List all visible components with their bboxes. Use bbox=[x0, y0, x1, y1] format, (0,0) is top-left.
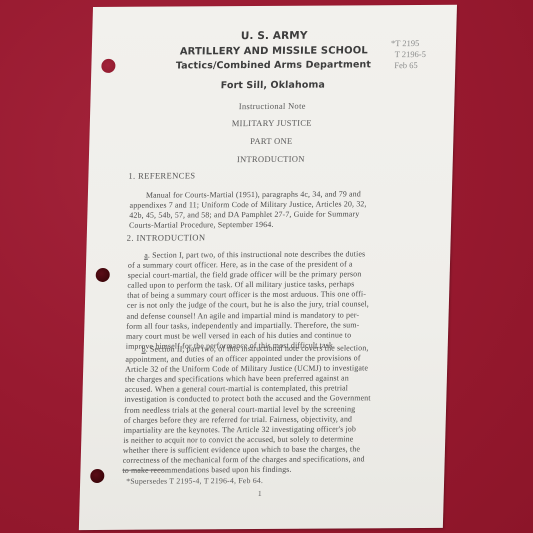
text-line: Courts-Martial Procedure, September 1964… bbox=[129, 219, 433, 231]
code-line: T 2196-5 bbox=[391, 49, 427, 60]
punch-hole bbox=[90, 469, 104, 483]
document-codes: *T 2195 T 2196-5 Feb 65 bbox=[390, 38, 426, 71]
section-introduction-heading: 2. INTRODUCTION bbox=[127, 232, 206, 242]
paragraph-a: a. Section I, part two, of this instruct… bbox=[126, 249, 433, 352]
document-title: MILITARY JUSTICE bbox=[90, 117, 454, 129]
page-number: 1 bbox=[258, 489, 262, 498]
document-type: Instructional Note bbox=[90, 100, 454, 112]
header-location: Fort Sill, Oklahoma bbox=[91, 79, 455, 92]
references-paragraph: Manual for Courts-Martial (1951), paragr… bbox=[129, 189, 434, 231]
paragraph-b: b. Section II, part two, of this instruc… bbox=[122, 343, 430, 476]
code-line: *T 2195 bbox=[391, 38, 427, 49]
footnote: *Supersedes T 2195-4, T 2196-4, Feb 64. bbox=[126, 476, 263, 486]
punch-hole bbox=[96, 268, 110, 282]
text-line: to make recommendations based upon his f… bbox=[122, 464, 426, 476]
code-line: Feb 65 bbox=[390, 60, 426, 71]
section-heading: INTRODUCTION bbox=[89, 153, 453, 165]
document-part: PART ONE bbox=[89, 135, 453, 147]
section-references-heading: 1. REFERENCES bbox=[128, 170, 195, 180]
document-page: U. S. ARMY ARTILLERY AND MISSILE SCHOOL … bbox=[79, 5, 457, 530]
